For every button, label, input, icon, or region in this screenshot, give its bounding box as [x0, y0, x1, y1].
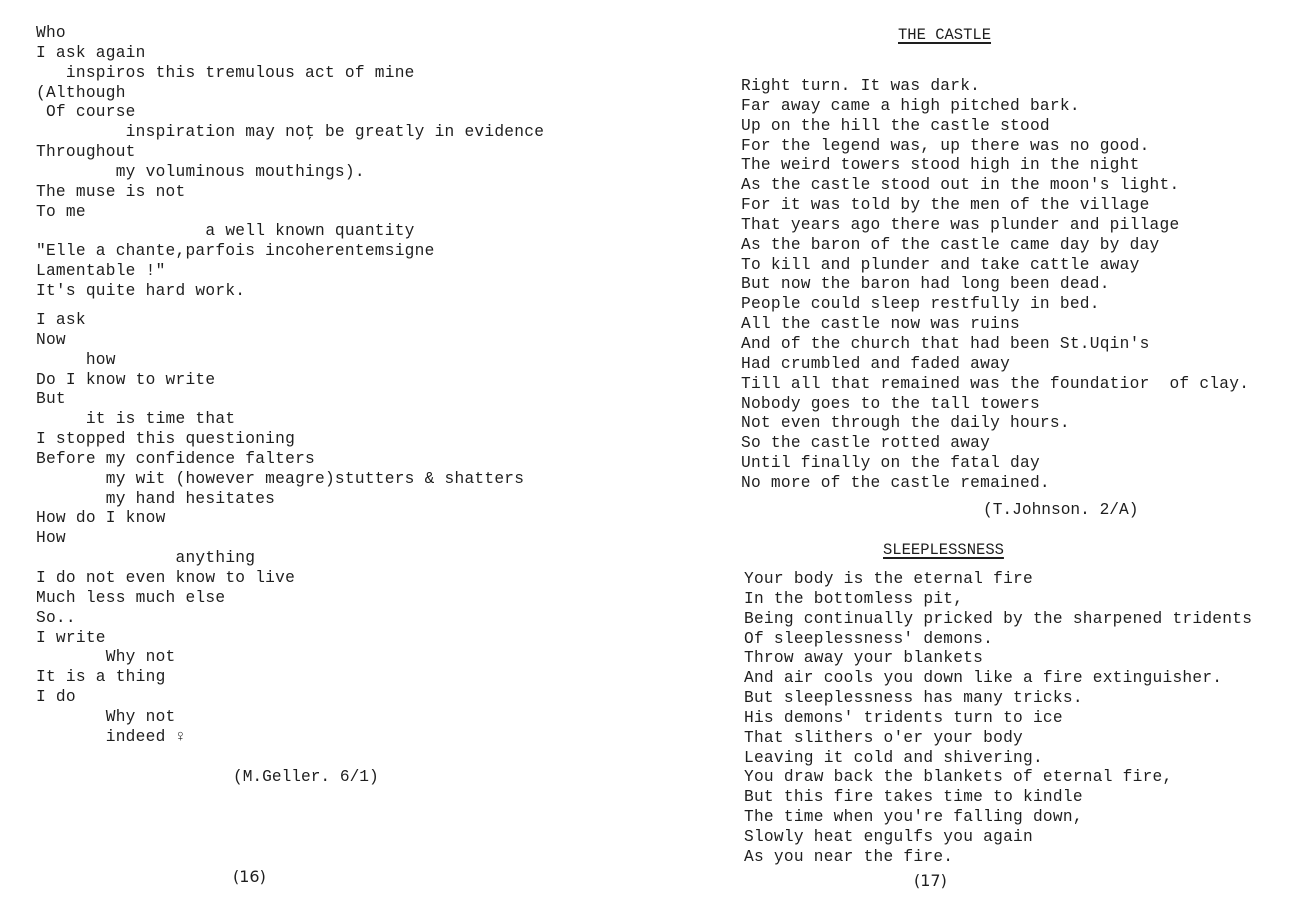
poem-line: All the castle now was ruins — [741, 315, 1249, 335]
poem-line: (Although — [36, 84, 544, 104]
poem-line: You draw back the blankets of eternal fi… — [744, 768, 1252, 788]
poem-line: It's quite hard work. — [36, 282, 544, 302]
poem-line: I do — [36, 688, 524, 708]
poem-line: How — [36, 529, 524, 549]
poem-castle-body: Right turn. It was dark.Far away came a … — [741, 77, 1249, 494]
poem-line: Being continually pricked by the sharpen… — [744, 610, 1252, 630]
poem-line: Of course — [36, 103, 544, 123]
poem-line: inspiration may noţ be greatly in eviden… — [36, 123, 544, 143]
poem-line: Lamentable !" — [36, 262, 544, 282]
left-page: WhoI ask again inspiros this tremulous a… — [0, 0, 640, 900]
poem-line: But — [36, 390, 524, 410]
poem-line: And air cools you down like a fire extin… — [744, 669, 1252, 689]
poem-stanza-2: I askNow howDo I know to writeBut it is … — [36, 311, 524, 748]
poem-line: I write — [36, 629, 524, 649]
poem-line: But now the baron had long been dead. — [741, 275, 1249, 295]
poem-line: So.. — [36, 609, 524, 629]
poem-line: I stopped this questioning — [36, 430, 524, 450]
poem-line: But sleeplessness has many tricks. — [744, 689, 1252, 709]
poem-line: I ask — [36, 311, 524, 331]
poem-line: And of the church that had been St.Uqin'… — [741, 335, 1249, 355]
poem-line: To kill and plunder and take cattle away — [741, 256, 1249, 276]
poem-line: it is time that — [36, 410, 524, 430]
poem-line: Right turn. It was dark. — [741, 77, 1249, 97]
poem-line: The time when you're falling down, — [744, 808, 1252, 828]
poem-line: Had crumbled and faded away — [741, 355, 1249, 375]
poem-stanza-1: WhoI ask again inspiros this tremulous a… — [36, 24, 544, 302]
poem-line: Do I know to write — [36, 371, 524, 391]
poem-line: Slowly heat engulfs you again — [744, 828, 1252, 848]
poem-line: How do I know — [36, 509, 524, 529]
poem-sleeplessness-body: Your body is the eternal fireIn the bott… — [744, 570, 1252, 868]
poem-line: Far away came a high pitched bark. — [741, 97, 1249, 117]
poem-author-credit: (T.Johnson. 2/A) — [983, 501, 1138, 519]
poem-line: Who — [36, 24, 544, 44]
poem-line: "Elle a chante,parfois incoherentemsigne — [36, 242, 544, 262]
poem-line: To me — [36, 203, 544, 223]
poem-line: For the legend was, up there was no good… — [741, 137, 1249, 157]
poem-line: Up on the hill the castle stood — [741, 117, 1249, 137]
poem-line: But this fire takes time to kindle — [744, 788, 1252, 808]
poem-line: my hand hesitates — [36, 490, 524, 510]
poem-line: That slithers o'er your body — [744, 729, 1252, 749]
poem-line: I do not even know to live — [36, 569, 524, 589]
poem-line: Until finally on the fatal day — [741, 454, 1249, 474]
poem-line: inspiros this tremulous act of mine — [36, 64, 544, 84]
poem-line: As you near the fire. — [744, 848, 1252, 868]
poem-line: Till all that remained was the foundatio… — [741, 375, 1249, 395]
poem-line: Why not — [36, 708, 524, 728]
poem-line: For it was told by the men of the villag… — [741, 196, 1249, 216]
poem-line: So the castle rotted away — [741, 434, 1249, 454]
poem-line: my wit (however meagre)stutters & shatte… — [36, 470, 524, 490]
poem-line: a well known quantity — [36, 222, 544, 242]
poem-line: In the bottomless pit, — [744, 590, 1252, 610]
poem-line: Nobody goes to the tall towers — [741, 395, 1249, 415]
poem-line: As the castle stood out in the moon's li… — [741, 176, 1249, 196]
poem-line: how — [36, 351, 524, 371]
poem-line: It is a thing — [36, 668, 524, 688]
poem-line: Why not — [36, 648, 524, 668]
poem-line: anything — [36, 549, 524, 569]
poem-line: Throw away your blankets — [744, 649, 1252, 669]
poem-line: Your body is the eternal fire — [744, 570, 1252, 590]
page-number: (16) — [233, 867, 266, 886]
poem-title-castle: THE CASTLE — [898, 26, 991, 44]
poem-title-sleeplessness: SLEEPLESSNESS — [883, 541, 1004, 559]
poem-line: His demons' tridents turn to ice — [744, 709, 1252, 729]
poem-line: That years ago there was plunder and pil… — [741, 216, 1249, 236]
poem-line: indeed ♀ — [36, 728, 524, 748]
poem-line: Not even through the daily hours. — [741, 414, 1249, 434]
poem-line: As the baron of the castle came day by d… — [741, 236, 1249, 256]
poem-line: No more of the castle remained. — [741, 474, 1249, 494]
poem-line: my voluminous mouthings). — [36, 163, 544, 183]
poem-line: The weird towers stood high in the night — [741, 156, 1249, 176]
poem-line: I ask again — [36, 44, 544, 64]
poem-line: Throughout — [36, 143, 544, 163]
right-page: THE CASTLE Right turn. It was dark.Far a… — [650, 0, 1291, 900]
poem-author-credit: (M.Geller. 6/1) — [233, 768, 379, 786]
poem-line: Before my confidence falters — [36, 450, 524, 470]
poem-line: Leaving it cold and shivering. — [744, 749, 1252, 769]
poem-line: Of sleeplessness' demons. — [744, 630, 1252, 650]
poem-line: The muse is not — [36, 183, 544, 203]
page-number: (17) — [914, 871, 947, 890]
poem-line: People could sleep restfully in bed. — [741, 295, 1249, 315]
poem-line: Now — [36, 331, 524, 351]
poem-line: Much less much else — [36, 589, 524, 609]
